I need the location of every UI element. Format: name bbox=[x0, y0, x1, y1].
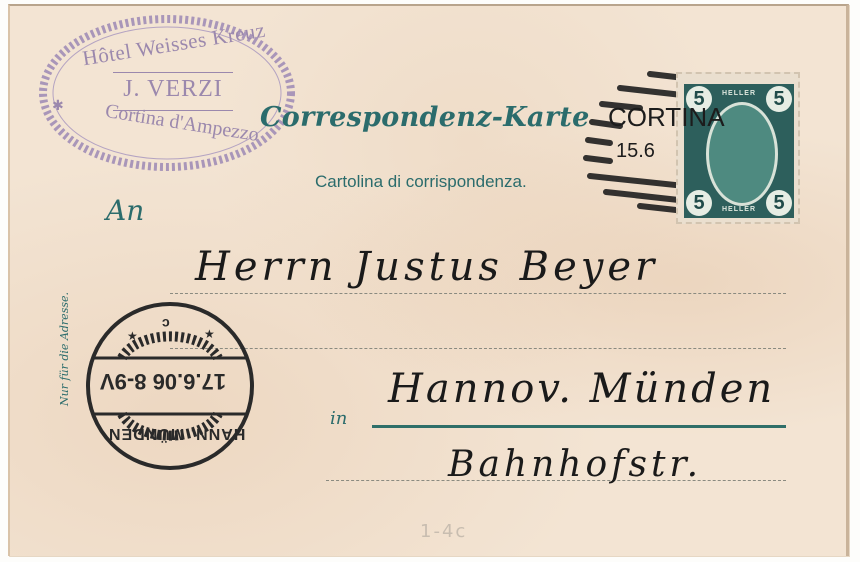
stamp-value: 5 bbox=[766, 86, 792, 112]
location-line bbox=[372, 425, 786, 428]
recipient-town: Hannov. Münden bbox=[388, 366, 775, 412]
postage-stamp: 5 5 5 5 HELLER HELLER bbox=[676, 72, 800, 224]
hotel-stamp: ✱ Hôtel Weisses Kreuz J. VERZI Cortina d… bbox=[38, 14, 296, 172]
address-line bbox=[170, 348, 786, 349]
card-subtitle: Cartolina di corrispondenza. bbox=[315, 172, 527, 192]
stamp-value: 5 bbox=[686, 190, 712, 216]
svg-text:✱: ✱ bbox=[52, 98, 64, 114]
postcard: ✱ Hôtel Weisses Kreuz J. VERZI Cortina d… bbox=[8, 4, 849, 556]
location-prefix: in bbox=[330, 408, 347, 429]
recipient-prefix: An bbox=[106, 194, 144, 227]
arrival-datetime: 17.6.06 8-9V bbox=[100, 368, 226, 394]
card-title: Correspondenz-Karte bbox=[260, 102, 590, 133]
recipient-name: Herrn Justus Beyer bbox=[195, 244, 658, 290]
arrival-code: c bbox=[162, 316, 170, 332]
address-line bbox=[170, 293, 786, 294]
hotel-owner: J. VERZI bbox=[98, 76, 248, 103]
stamp-bottom-text: HELLER bbox=[722, 206, 756, 213]
departure-date: 15.6 bbox=[616, 140, 655, 163]
recipient-street: Bahnhofstr. bbox=[448, 444, 702, 485]
stamp-value: 5 bbox=[766, 190, 792, 216]
svg-text:★: ★ bbox=[127, 329, 138, 343]
arrival-town: HANN. MÜNDEN bbox=[108, 424, 245, 442]
address-only-note: Nur für die Adresse. bbox=[58, 286, 71, 406]
svg-text:★: ★ bbox=[204, 327, 215, 341]
pencil-note: 1-4c bbox=[420, 521, 467, 542]
departure-town: CORTINA bbox=[608, 102, 725, 133]
stamp-top-text: HELLER bbox=[722, 90, 756, 97]
divider bbox=[113, 72, 233, 73]
